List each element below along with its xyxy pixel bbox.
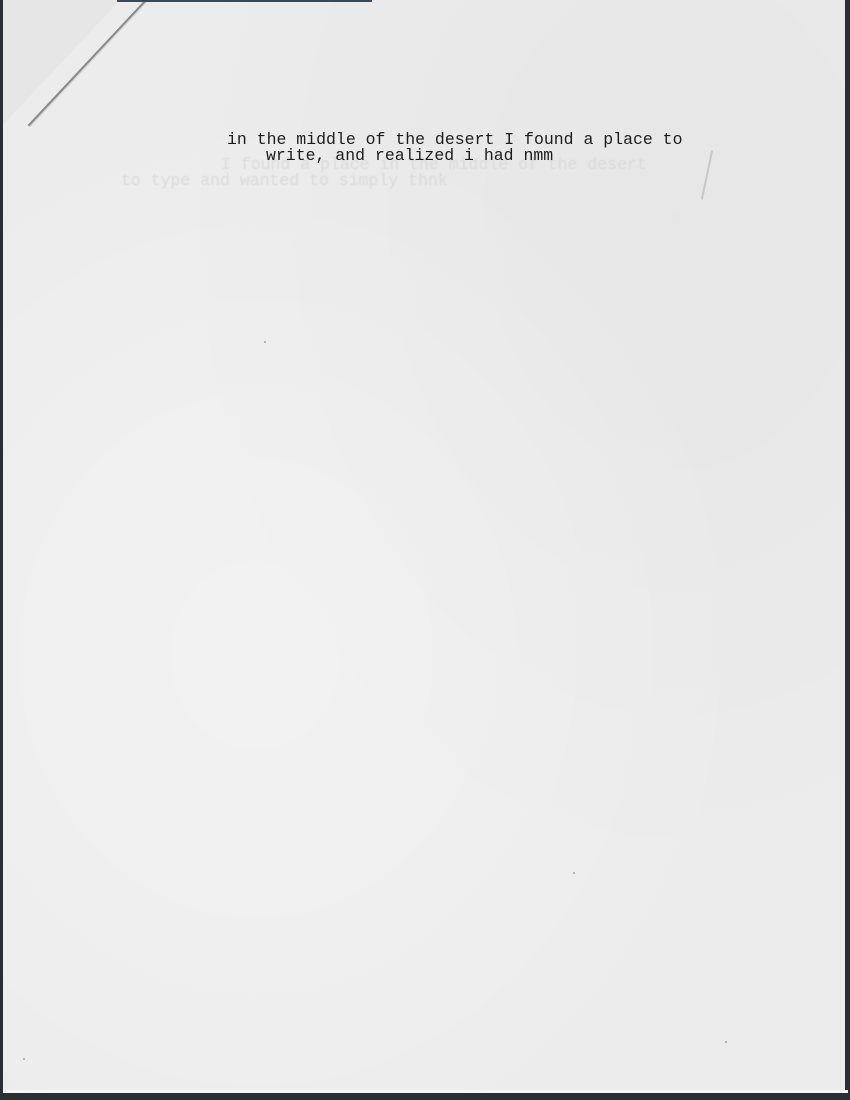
paper-speck: [264, 341, 266, 343]
paper-crease-mark: [701, 150, 713, 199]
paper-speck: [573, 872, 575, 874]
show-through-text-line: to type and wanted to simply thnk: [121, 173, 448, 189]
paper-speck: [23, 1058, 25, 1060]
background-top-strip: [117, 0, 372, 2]
folded-corner: [3, 0, 123, 128]
typewritten-page: I found a place in the middle of the des…: [3, 0, 845, 1093]
paper-bottom-edge: [6, 1090, 848, 1093]
paper-speck: [725, 1041, 727, 1043]
typed-text-line: write, and realized i had nmm: [266, 148, 553, 164]
